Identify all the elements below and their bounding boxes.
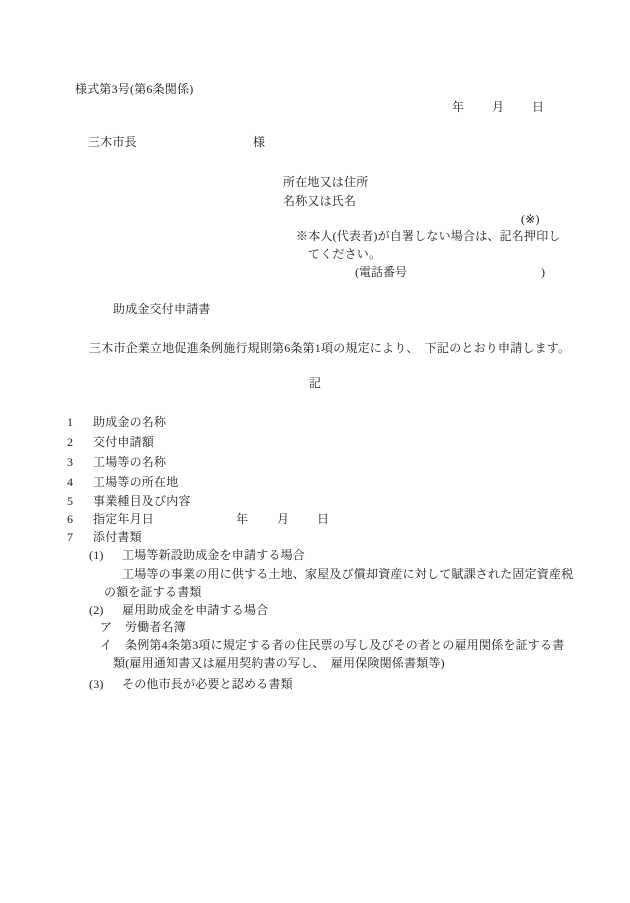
document-title: 助成金交付申請書 <box>113 303 211 316</box>
list-item-5-label: 事業種目及び内容 <box>93 495 191 508</box>
date-month-label: 月 <box>492 101 504 114</box>
phone-number-line: (電話番号 ) <box>355 266 545 279</box>
attachment-2i-label-line-2: 類(雇用通知書又は雇用契約書の写し、 雇用保険関係書類等) <box>113 657 445 670</box>
list-item-1-number: 1 <box>67 416 73 429</box>
list-item-2-number: 2 <box>67 436 73 449</box>
attachment-1-marker: (1) <box>89 549 104 562</box>
attachment-2-marker: (2) <box>89 604 104 617</box>
body-sentence: 三木市企業立地促進条例施行規則第6条第1項の規定により、 下記のとおり申請します… <box>89 342 570 355</box>
attachment-1-label: 工場等新設助成金を申請する場合 <box>122 549 305 562</box>
sender-address-label: 所在地又は住所 <box>283 176 368 189</box>
list-item-7-number: 7 <box>67 531 73 544</box>
attachment-2i-marker: イ <box>100 639 112 652</box>
attachment-1-detail-line-1: 工場等の事業の用に供する土地、家屋及び償却資産に対して賦課された固定資産税 <box>122 568 573 581</box>
attachment-1-detail-line-2: の額を証する書類 <box>104 586 202 599</box>
attachment-2i-label-line-1: 条例第4条第3項に規定する者の住民票の写し及びその者との雇用関係を証する書 <box>125 639 564 652</box>
ki-separator: 記 <box>0 377 630 390</box>
list-item-5-number: 5 <box>67 495 73 508</box>
seal-note-line-1: ※本人(代表者)が自署しない場合は、記名押印し <box>296 230 561 243</box>
attachment-2-label: 雇用助成金を申請する場合 <box>122 604 268 617</box>
date-year-label: 年 <box>452 101 464 114</box>
form-number: 様式第3号(第6条関係) <box>75 83 193 96</box>
list-item-2-label: 交付申請額 <box>93 436 154 449</box>
phone-label: (電話番号 <box>355 266 407 279</box>
seal-note-line-2: てください。 <box>308 248 381 261</box>
attachment-3-label: その他市長が必要と認める書類 <box>122 678 293 691</box>
sender-name-label: 名称又は氏名 <box>283 195 356 208</box>
attachment-2a-marker: ア <box>100 621 112 634</box>
list-item-6-day-label: 日 <box>317 513 329 526</box>
list-item-1-label: 助成金の名称 <box>93 416 166 429</box>
list-item-4-label: 工場等の所在地 <box>93 476 178 489</box>
list-item-3-label: 工場等の名称 <box>93 456 166 469</box>
seal-ref-mark: (※) <box>521 213 540 226</box>
list-item-3-number: 3 <box>67 456 73 469</box>
list-item-6-month-label: 月 <box>277 513 289 526</box>
document-page: 様式第3号(第6条関係) 年 月 日 三木市長 様 所在地又は住所 名称又は氏名… <box>0 0 630 903</box>
addressee-title: 三木市長 <box>88 136 137 149</box>
list-item-6-year-label: 年 <box>236 513 248 526</box>
date-day-label: 日 <box>532 101 544 114</box>
attachment-2a-label: 労働者名簿 <box>125 621 186 634</box>
list-item-6-label: 指定年月日 <box>93 513 154 526</box>
list-item-6-number: 6 <box>67 513 73 526</box>
list-item-7-label: 添付書類 <box>93 531 142 544</box>
addressee-honorific: 様 <box>253 136 265 149</box>
list-item-4-number: 4 <box>67 476 73 489</box>
phone-paren-close: ) <box>541 266 545 279</box>
attachment-3-marker: (3) <box>89 678 104 691</box>
